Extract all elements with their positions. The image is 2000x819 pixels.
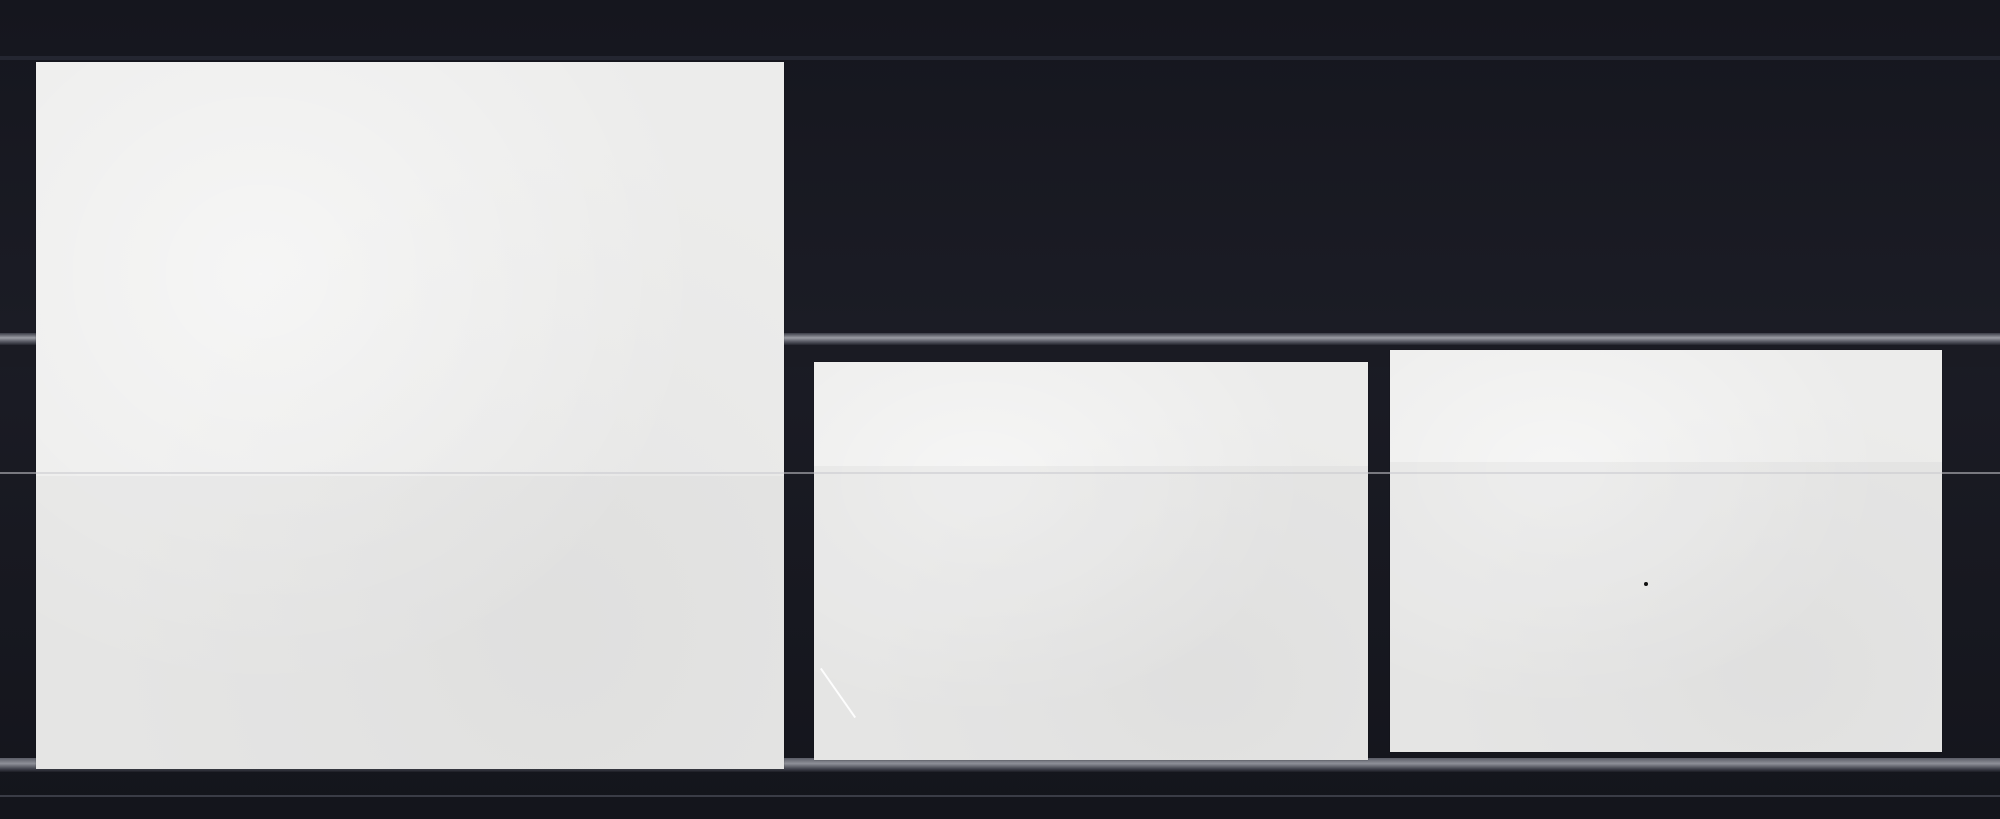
middle-sheet	[814, 362, 1368, 760]
stockbook-strip-bottom-line	[0, 795, 2000, 797]
stockbook-page	[0, 0, 2000, 819]
ink-spot	[1644, 582, 1648, 586]
large-sheet	[36, 62, 784, 769]
stockbook-strip-top	[0, 56, 2000, 60]
middle-sheet-lower-half	[814, 466, 1368, 760]
right-sheet-lower-half	[1390, 462, 1942, 752]
large-sheet-lower-half	[36, 476, 784, 769]
glassine-glare-line	[0, 472, 2000, 474]
right-sheet	[1390, 350, 1942, 752]
